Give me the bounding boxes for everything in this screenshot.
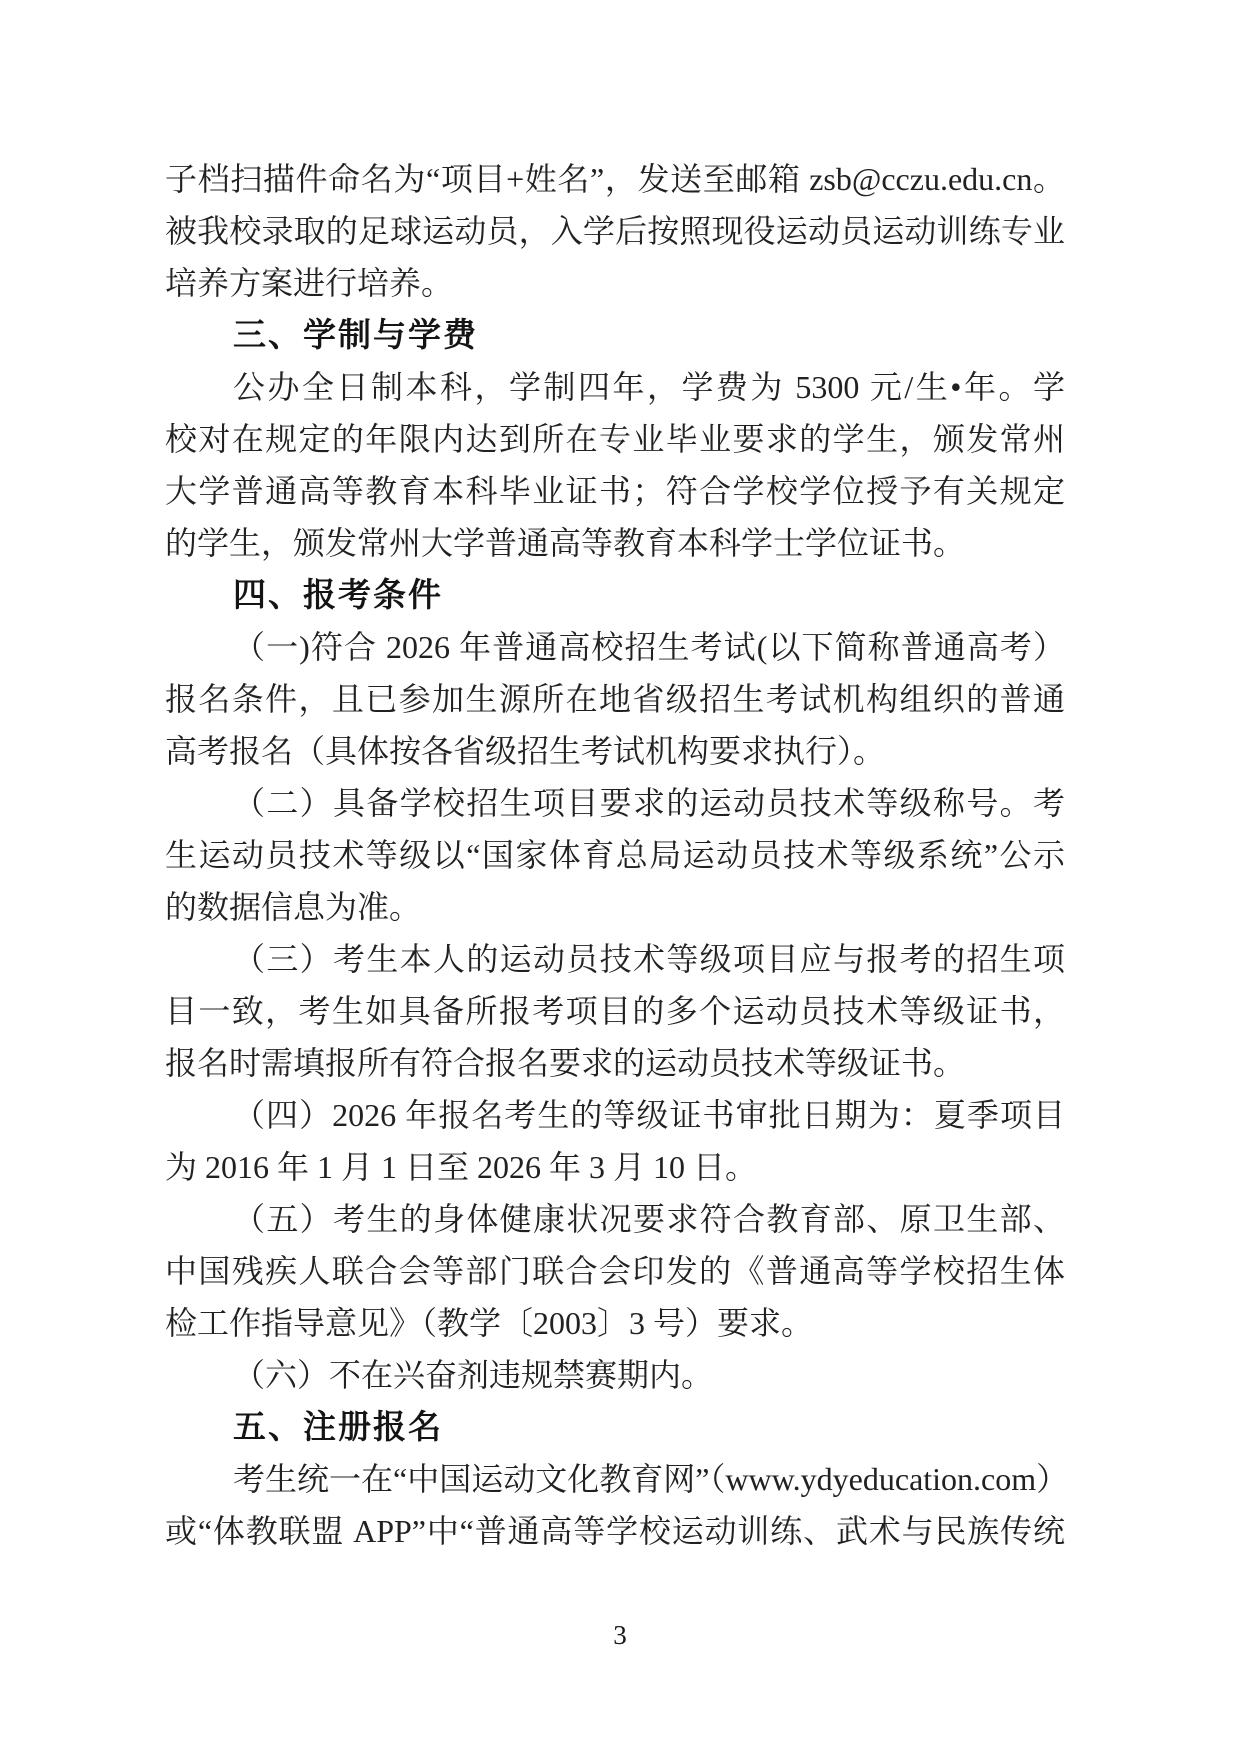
text-line: 报名条件，且已参加生源所在地省级招生考试机构组织的普通 — [165, 673, 1065, 725]
text-line: 校对在规定的年限内达到所在专业毕业要求的学生，颁发常州 — [165, 413, 1065, 465]
text-line: （五）考生的身体健康状况要求符合教育部、原卫生部、 — [165, 1193, 1065, 1245]
text-line: 中国残疾人联合会等部门联合会印发的《普通高等学校招生体 — [165, 1245, 1065, 1297]
section-heading: 三、学制与学费 — [165, 309, 1065, 361]
text-line: 为 2016 年 1 月 1 日至 2026 年 3 月 10 日。 — [165, 1141, 1065, 1193]
text-line: （一)符合 2026 年普通高校招生考试(以下简称普通高考） — [165, 621, 1065, 673]
page-number: 3 — [613, 1620, 627, 1650]
section-heading: 五、注册报名 — [165, 1401, 1065, 1453]
text-line: 的数据信息为准。 — [165, 881, 1065, 933]
document-page: 子档扫描件命名为“项目+姓名”，发送至邮箱 zsb@cczu.edu.cn。被我… — [0, 0, 1240, 1753]
text-line: 公办全日制本科，学制四年，学费为 5300 元/生•年。学 — [165, 361, 1065, 413]
text-line: 培养方案进行培养。 — [165, 257, 1065, 309]
page-footer: 3 — [0, 1620, 1240, 1651]
section-heading: 四、报考条件 — [165, 569, 1065, 621]
text-line: 大学普通高等教育本科毕业证书；符合学校学位授予有关规定 — [165, 465, 1065, 517]
text-line: 或“体教联盟 APP”中“普通高等学校运动训练、武术与民族传统体育 — [165, 1505, 1065, 1557]
text-line: 高考报名（具体按各省级招生考试机构要求执行）。 — [165, 725, 1065, 777]
text-line: （三）考生本人的运动员技术等级项目应与报考的招生项 — [165, 933, 1065, 985]
text-line: 生运动员技术等级以“国家体育总局运动员技术等级系统”公示 — [165, 829, 1065, 881]
text-line: （六）不在兴奋剂违规禁赛期内。 — [165, 1349, 1065, 1401]
document-body: 子档扫描件命名为“项目+姓名”，发送至邮箱 zsb@cczu.edu.cn。被我… — [165, 153, 1065, 1557]
text-line: 被我校录取的足球运动员，入学后按照现役运动员运动训练专业 — [165, 205, 1065, 257]
text-line: 考生统一在“中国运动文化教育网”（www.ydyeducation.com） — [165, 1453, 1065, 1505]
text-line: 报名时需填报所有符合报名要求的运动员技术等级证书。 — [165, 1037, 1065, 1089]
text-line: （四）2026 年报名考生的等级证书审批日期为：夏季项目 — [165, 1089, 1065, 1141]
text-line: （二）具备学校招生项目要求的运动员技术等级称号。考 — [165, 777, 1065, 829]
text-line: 的学生，颁发常州大学普通高等教育本科学士学位证书。 — [165, 517, 1065, 569]
text-line: 目一致，考生如具备所报考项目的多个运动员技术等级证书， — [165, 985, 1065, 1037]
text-line: 检工作指导意见》（教学〔2003〕3 号）要求。 — [165, 1297, 1065, 1349]
text-line: 子档扫描件命名为“项目+姓名”，发送至邮箱 zsb@cczu.edu.cn。 — [165, 153, 1065, 205]
